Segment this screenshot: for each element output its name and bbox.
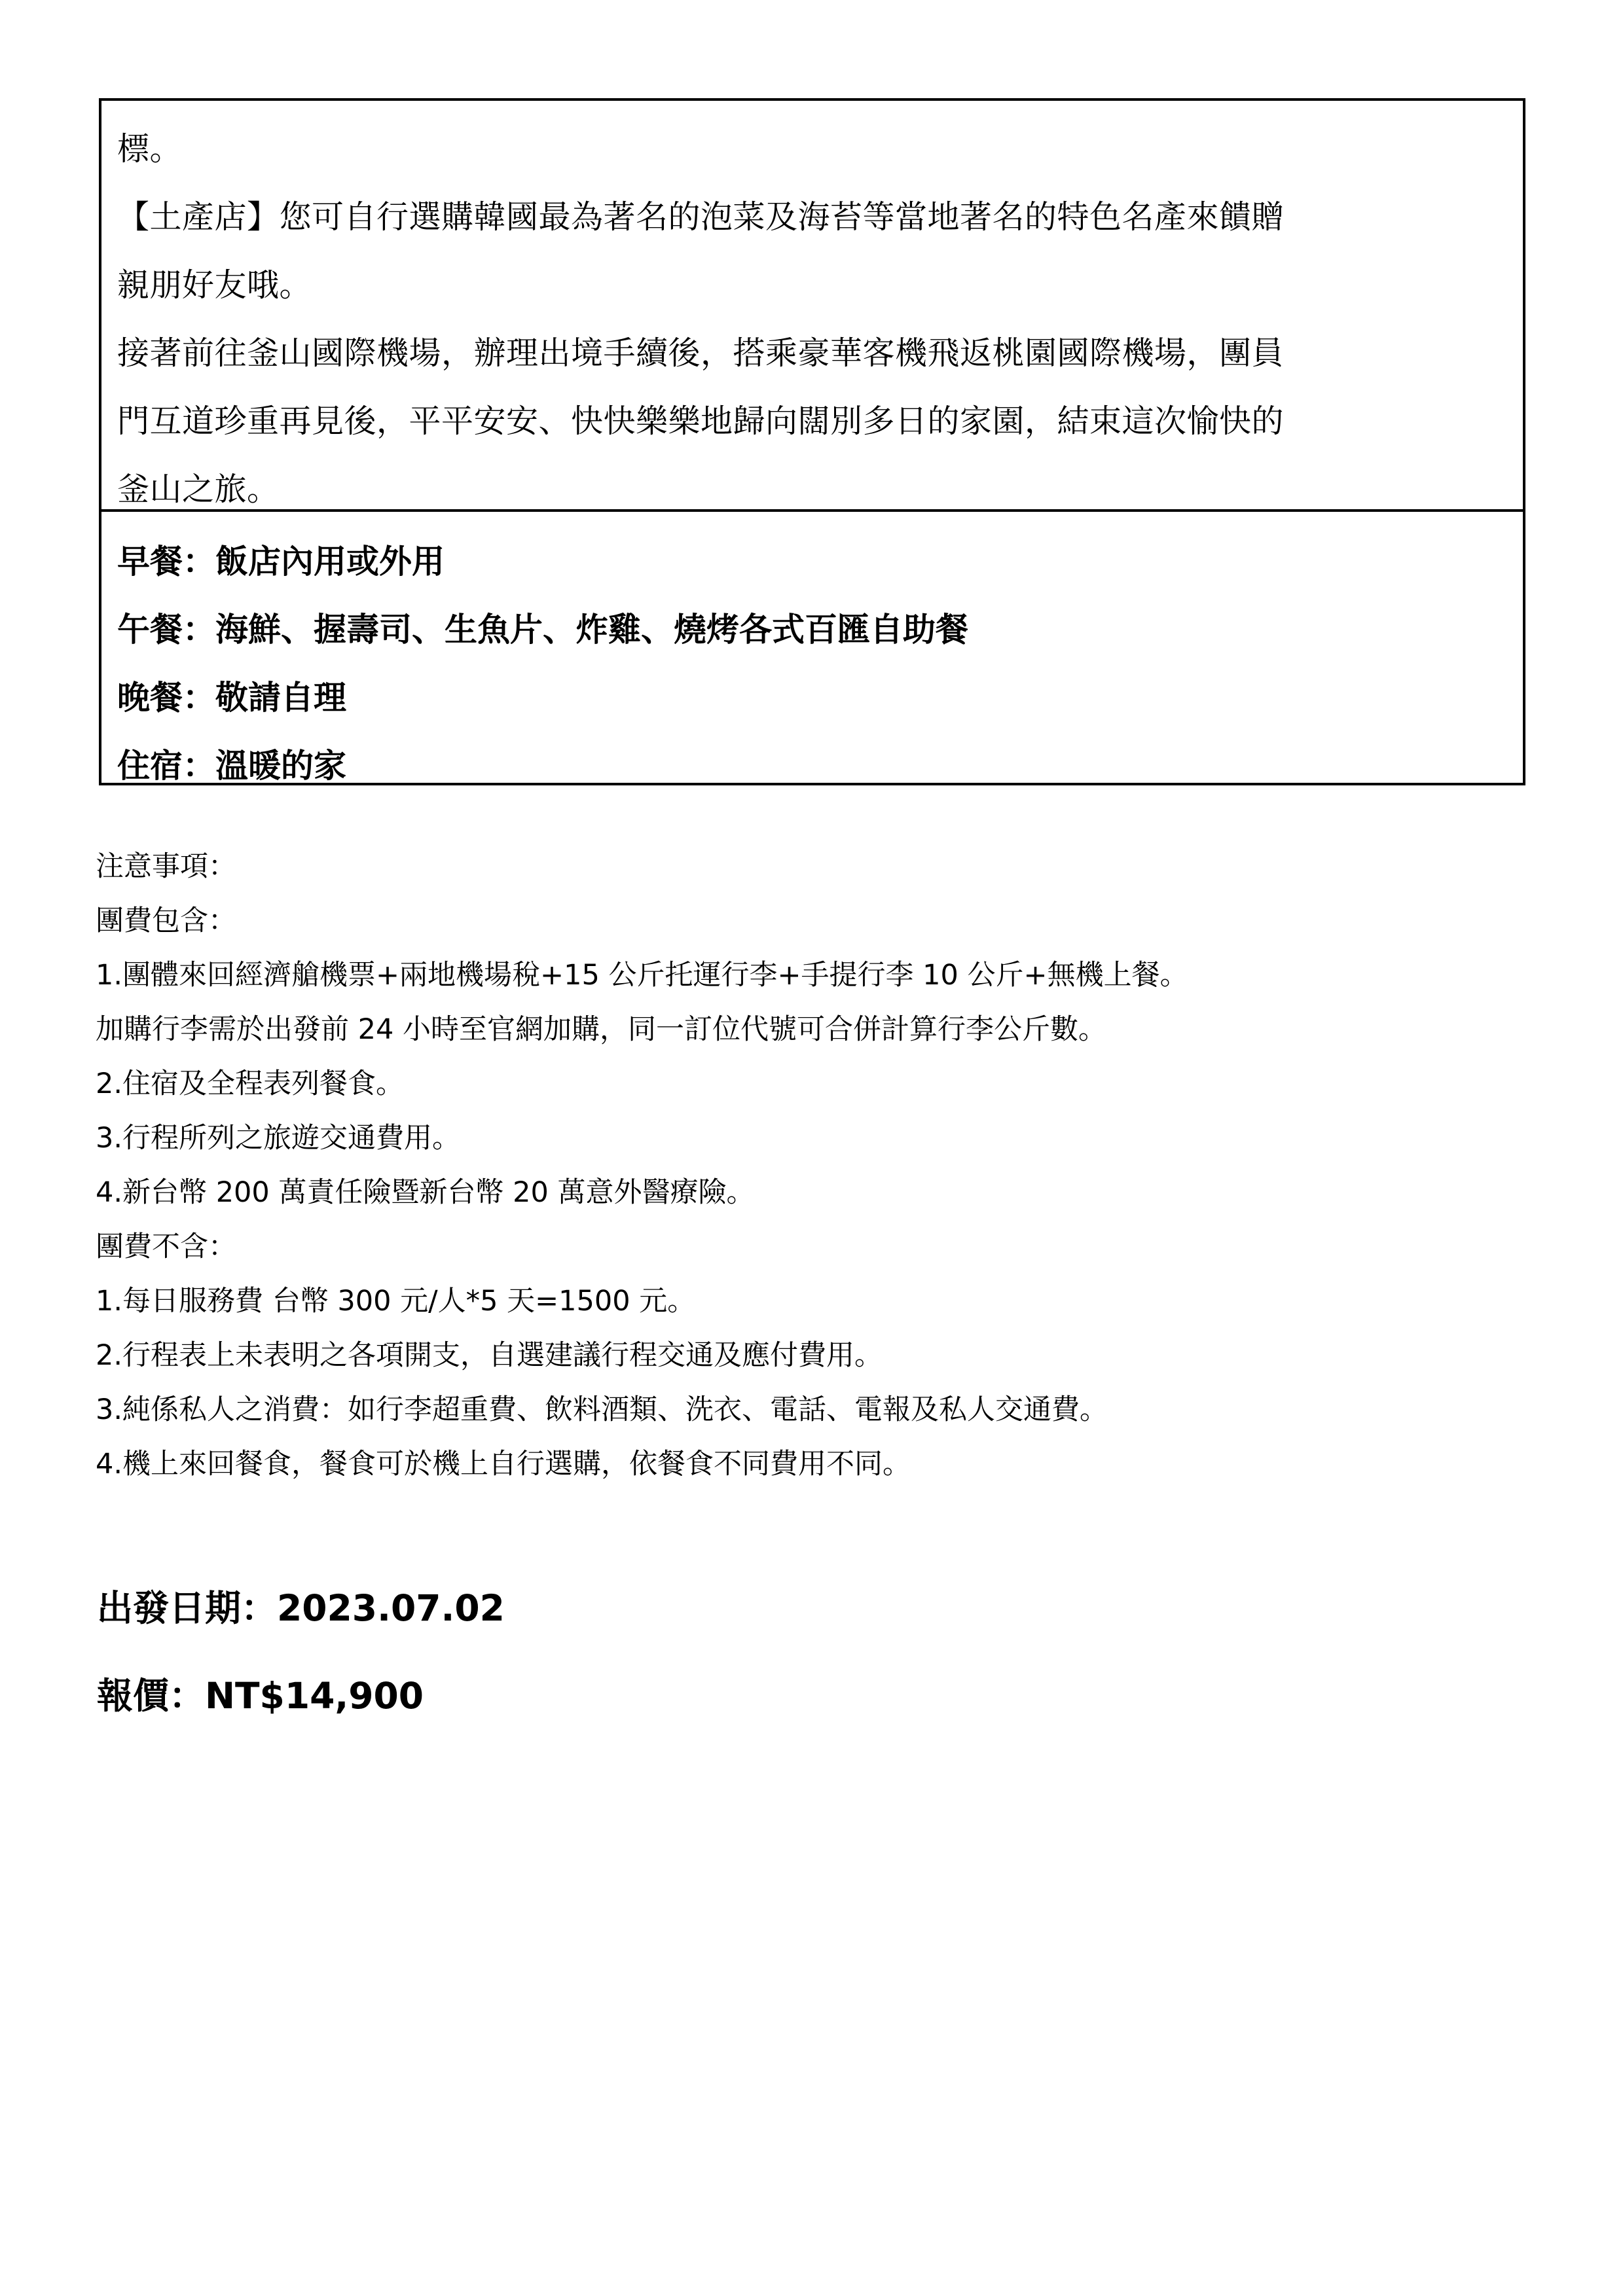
- notes-section: 注意事項： 團費包含： 1.團體來回經濟艙機票+兩地機場稅+15 公斤托運行李+…: [96, 840, 1536, 1492]
- meal-dinner: 晚餐：敬請自理: [117, 664, 1507, 732]
- excluded-item: 3.純係私人之消費：如行李超重費、飲料酒類、洗衣、電話、電報及私人交通費。: [96, 1383, 1536, 1437]
- notes-title: 注意事項：: [96, 840, 1536, 894]
- excluded-item: 4.機上來回餐食，餐食可於機上自行選購，依餐食不同費用不同。: [96, 1437, 1536, 1492]
- excluded-item: 1.每日服務費 台幣 300 元/人*5 天=1500 元。: [96, 1274, 1536, 1329]
- day-description-cell: 標。 【土產店】您可自行選購韓國最為著名的泡菜及海苔等當地著名的特色名產來饋贈 …: [101, 101, 1523, 512]
- description-line: 門互道珍重再見後，平平安安、快快樂樂地歸向闊別多日的家園，結束這次愉快的: [117, 387, 1507, 456]
- meal-lunch: 午餐：海鮮、握壽司、生魚片、炸雞、燒烤各式百匯自助餐: [117, 596, 1507, 664]
- included-item: 2.住宿及全程表列餐食。: [96, 1057, 1536, 1111]
- trip-summary: 出發日期：2023.07.02 報價：NT$14,900: [97, 1564, 505, 1740]
- meals-cell: 早餐：飯店內用或外用 午餐：海鮮、握壽司、生魚片、炸雞、燒烤各式百匯自助餐 晚餐…: [101, 512, 1523, 783]
- included-item: 4.新台幣 200 萬責任險暨新台幣 20 萬意外醫療險。: [96, 1166, 1536, 1220]
- excluded-item: 2.行程表上未表明之各項開支，自選建議行程交通及應付費用。: [96, 1329, 1536, 1383]
- description-line: 親朋好友哦。: [117, 251, 1507, 319]
- accommodation: 住宿：溫暖的家: [117, 732, 1507, 800]
- included-title: 團費包含：: [96, 894, 1536, 948]
- description-line: 接著前往釜山國際機場，辦理出境手續後，搭乘豪華客機飛返桃園國際機場，團員: [117, 319, 1507, 387]
- excluded-title: 團費不含：: [96, 1220, 1536, 1274]
- itinerary-table: 標。 【土產店】您可自行選購韓國最為著名的泡菜及海苔等當地著名的特色名產來饋贈 …: [99, 98, 1525, 785]
- included-item: 3.行程所列之旅遊交通費用。: [96, 1111, 1536, 1166]
- description-line: 【土產店】您可自行選購韓國最為著名的泡菜及海苔等當地著名的特色名產來饋贈: [117, 183, 1507, 251]
- description-line: 標。: [117, 115, 1507, 183]
- included-item: 加購行李需於出發前 24 小時至官網加購，同一訂位代號可合併計算行李公斤數。: [96, 1003, 1536, 1057]
- price: 報價：NT$14,900: [97, 1652, 505, 1740]
- meal-breakfast: 早餐：飯店內用或外用: [117, 528, 1507, 596]
- included-item: 1.團體來回經濟艙機票+兩地機場稅+15 公斤托運行李+手提行李 10 公斤+無…: [96, 948, 1536, 1003]
- departure-date: 出發日期：2023.07.02: [97, 1564, 505, 1652]
